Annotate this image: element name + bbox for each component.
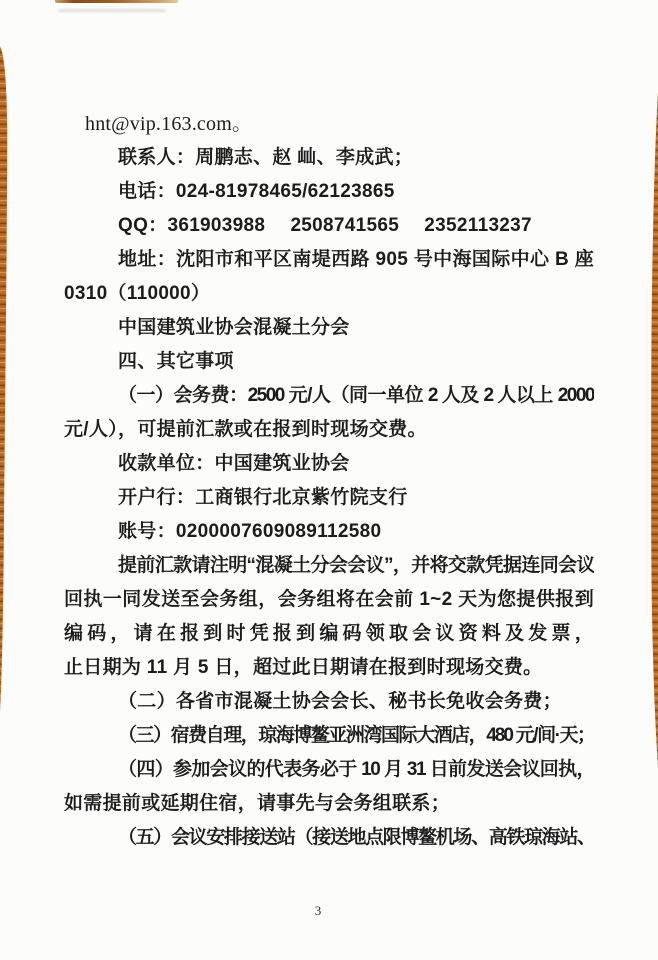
qq-line: QQ：361903988 2508741565 2352113237 [64,209,594,243]
item4-line-2: 如需提前或延期住宿，请事先与会务组联系； [64,787,594,821]
payee-line: 收款单位：中国建筑业协会 [64,447,594,481]
remit-line-1: 提前汇款请注明“混凝土分会会议”，并将交款凭据连同会议 [64,549,594,583]
fee-line-2: 元/人），可提前汇款或在报到时现场交费。 [64,413,594,447]
remit-line-2: 回执一同发送至会务组，会务组将在会前 1~2 天为您提供报到 [64,583,594,617]
section-heading: 四、其它事项 [64,345,594,379]
address-line-1: 地址：沈阳市和平区南堤西路 905 号中海国际中心 B 座 [64,243,594,277]
remit-line-4: 止日期为 11 月 5 日，超过此日期请在报到时现场交费。 [64,651,594,685]
item4-line-1: （四）参加会议的代表务必于 10 月 31 日前发送会议回执， [64,753,594,787]
fee-line-1: （一）会务费：2500 元/人（同一单位 2 人及 2 人以上 2000 [64,379,594,413]
phone-line: 电话：024-81978465/62123865 [64,175,594,209]
scan-smudge [58,9,166,12]
document-body: hnt@vip.163.com。 联系人：周鹏志、赵 屾、李成武； 电话：024… [64,107,594,855]
email-line: hnt@vip.163.com。 [64,107,594,141]
contact-line: 联系人：周鹏志、赵 屾、李成武； [64,141,594,175]
left-paper-edge [0,0,12,960]
bank-line: 开户行：工商银行北京紫竹院支行 [64,481,594,515]
organization-line: 中国建筑业协会混凝土分会 [64,311,594,345]
item2-line: （二）各省市混凝土协会会长、秘书长免收会务费； [64,685,594,719]
top-edge-mark [55,0,178,3]
item5-line: （五）会议安排接送站（接送地点限博鳌机场、高铁琼海站、 [64,821,594,855]
address-line-2: 0310（110000） [64,277,594,311]
remit-line-3: 编码，请在报到时凭报到编码领取会议资料及发票，提前交费截 [64,617,594,651]
account-line: 账号：0200007609089112580 [64,515,594,549]
page-number: 3 [300,903,336,919]
right-paper-edge [646,0,658,960]
item3-line: （三）宿费自理，琼海博鳌亚洲湾国际大酒店，480 元/间·天； [64,719,594,753]
